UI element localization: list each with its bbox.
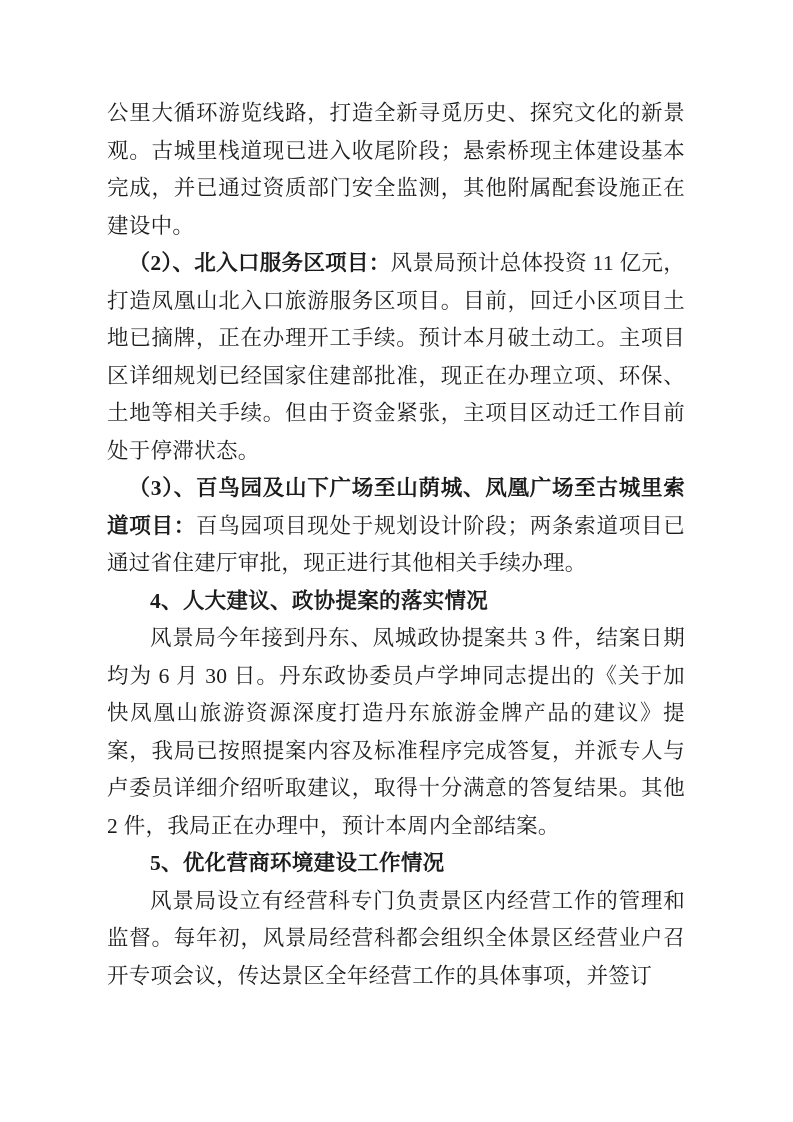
text-run: 风景局预计总体投资 11 亿元，打造凤凰山北入口旅游服务区项目。目前，回迁小区项…	[107, 251, 685, 463]
paragraph: （3）、百鸟园及山下广场至山荫城、凤凰广场至古城里索道项目：百鸟园项目现处于规划…	[107, 470, 685, 583]
section-heading: 5、优化营商环境建设工作情况	[107, 845, 685, 883]
bold-text-run: 4、人大建议、政协提案的落实情况	[150, 589, 488, 613]
text-run: 风景局设立有经营科专门负责景区内经营工作的管理和监督。每年初，风景局经营科都会组…	[107, 889, 685, 988]
document-page: 公里大循环游览线路，打造全新寻觅历史、探究文化的新景观。古城里栈道现已进入收尾阶…	[0, 0, 793, 1122]
paragraph: 风景局今年接到丹东、凤城政协提案共 3 件，结案日期均为 6 月 30 日。丹东…	[107, 620, 685, 845]
paragraph: 公里大循环游览线路，打造全新寻觅历史、探究文化的新景观。古城里栈道现已进入收尾阶…	[107, 95, 685, 245]
paragraph: 风景局设立有经营科专门负责景区内经营工作的管理和监督。每年初，风景局经营科都会组…	[107, 883, 685, 996]
bold-text-run: 5、优化营商环境建设工作情况	[150, 851, 444, 875]
bold-text-run: （2）、北入口服务区项目：	[129, 251, 391, 275]
text-run: 风景局今年接到丹东、凤城政协提案共 3 件，结案日期均为 6 月 30 日。丹东…	[107, 626, 685, 838]
section-heading: 4、人大建议、政协提案的落实情况	[107, 583, 685, 621]
paragraph: （2）、北入口服务区项目：风景局预计总体投资 11 亿元，打造凤凰山北入口旅游服…	[107, 245, 685, 470]
text-run: 公里大循环游览线路，打造全新寻觅历史、探究文化的新景观。古城里栈道现已进入收尾阶…	[107, 101, 685, 238]
document-body: 公里大循环游览线路，打造全新寻觅历史、探究文化的新景观。古城里栈道现已进入收尾阶…	[107, 95, 685, 995]
